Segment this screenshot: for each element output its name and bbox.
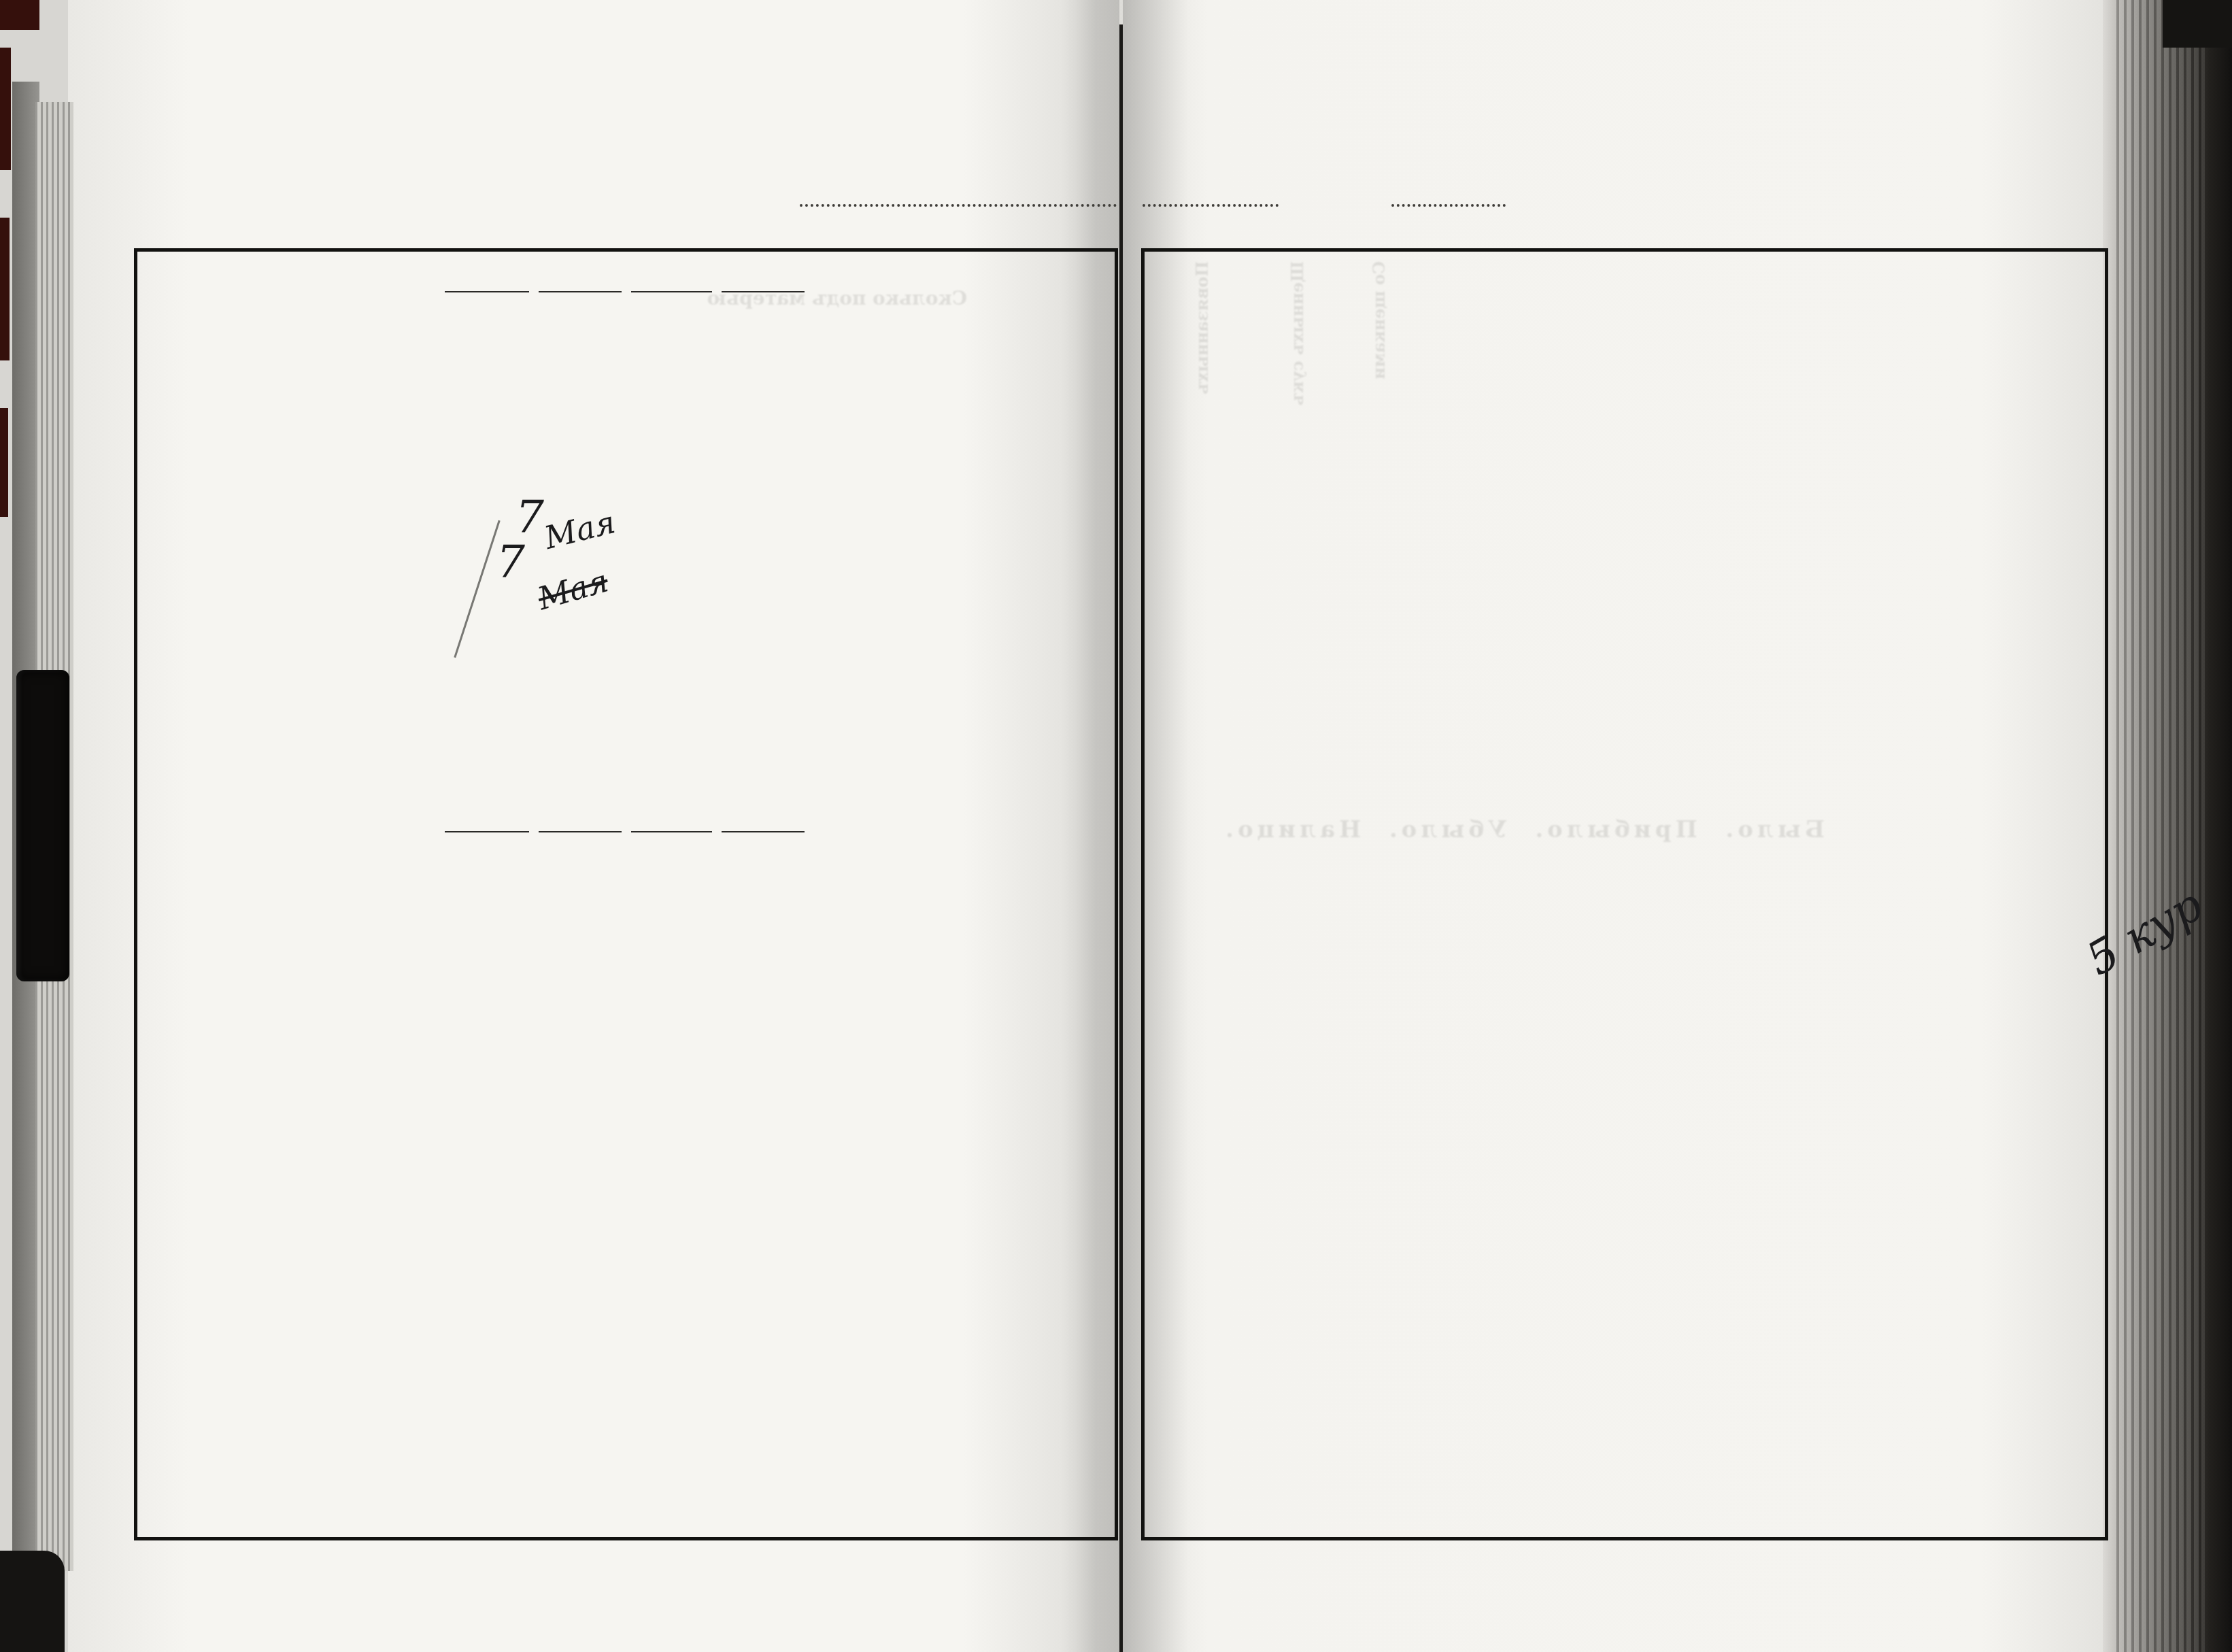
group-underline [722,831,805,832]
col-bolnyh [1080,257,1115,408]
book-clasp [16,670,69,981]
book-spine [1119,24,1123,1652]
subcol-males [717,294,762,409]
ink-offset-ghost: Со щенками [1369,261,1396,404]
col-so-schenkami [1013,257,1047,408]
right-page-edge-stack [2103,0,2232,1652]
ink-offset-ghost: Повязанныхъ [1192,261,1219,404]
ink-offset-ghost: Сколько подъ матерью [790,287,967,309]
subcol2-vyzhlecov [626,834,671,943]
film-edge-mark [0,408,8,517]
subcol2-vyzhlovok [671,834,717,943]
subcol2-vyzhlovok [580,834,626,943]
col-schennyh [979,257,1015,408]
subcol2-vyzhlecov [440,834,487,943]
subcol-males [440,294,487,409]
corner-shadow [0,1551,65,1652]
month-ruled-line [800,204,1117,207]
ink-offset-ghost-manager [1160,1547,1472,1568]
col-povyazannyh [945,257,981,408]
subcol-females [762,294,809,409]
ink-offset-ghost: Щенныхъ сукъ [1287,261,1315,404]
subcol2-vyzhlecov [534,834,580,943]
subcol2-vyzhlecov [717,834,762,943]
col-v-trenirovke [1046,257,1081,408]
hw-year-correction: 7 [496,536,525,588]
subcol2-vyzhlovok [762,834,809,943]
subcol-females [671,294,717,409]
ink-offset-ghost: Было. Прибыло. Убыло. Налицо. [1349,816,1825,843]
group-underline [445,831,529,832]
film-edge-mark [0,218,10,360]
group-underline [631,831,712,832]
left-ledger-table: Сколько подъ матерью [134,248,1118,1540]
film-edge-mark [0,0,39,30]
col-v otsadke [912,257,946,408]
year-ruled-line [1391,204,1506,207]
right-page-edge-streaks [2116,0,2205,1652]
subcol2-vyzhlovok [487,834,534,943]
scanned-ledger-photo: Сколько подъ матерью 7 Мая 7 Мая Повязан… [0,0,2232,1652]
subcol-males [626,294,671,409]
group-underline [539,831,622,832]
group-underline [539,291,622,292]
group-underline [445,291,529,292]
film-edge-mark [0,48,11,170]
group-underline [631,291,712,292]
subcol-females [580,294,626,409]
day-ruled-line [1143,204,1279,207]
subcol-females [487,294,534,409]
subcol-males [534,294,580,409]
corner-shadow [2163,0,2232,48]
right-ledger-table: Повязанныхъ Щенныхъ сукъ Со щенками Было… [1141,248,2108,1540]
